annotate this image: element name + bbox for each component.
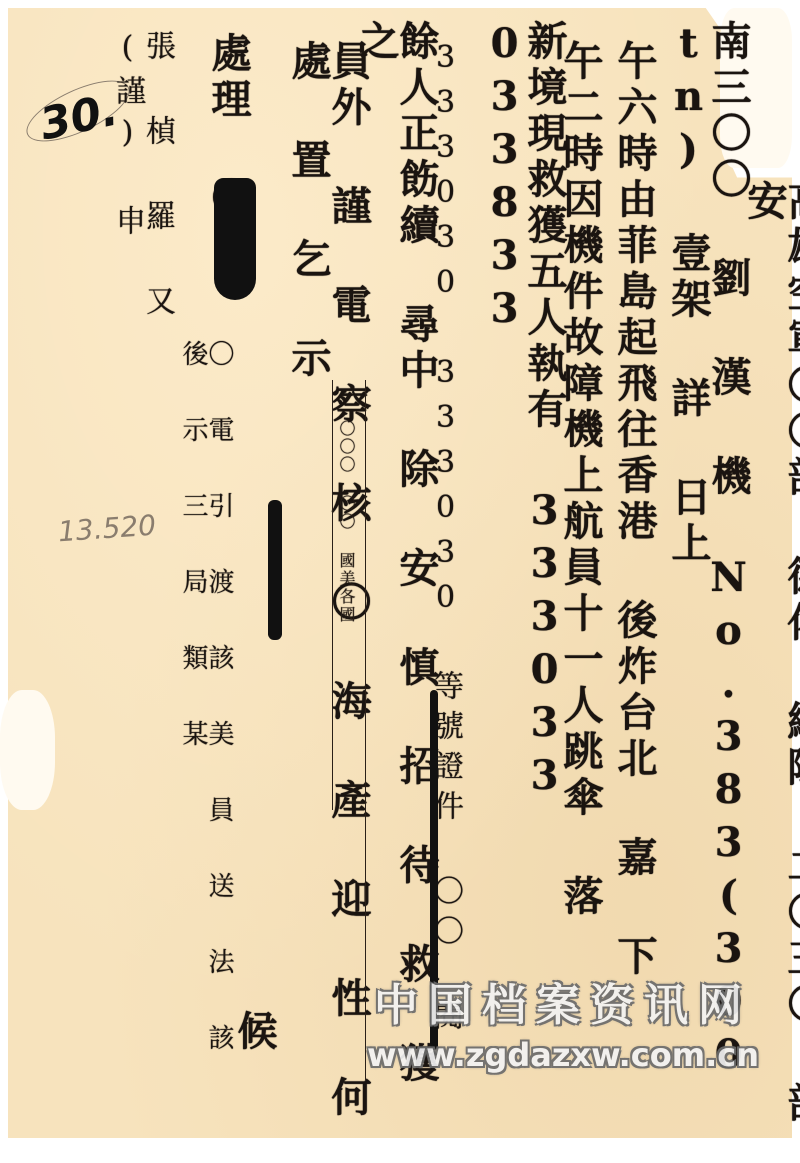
watermark-url: www.zgdazxw.com.cn xyxy=(358,1034,768,1076)
brush-stroke-strike xyxy=(268,500,282,640)
text-column-5: 新境現救獲五人執有 333033 033833 xyxy=(484,20,564,1140)
text-column-2: 南三〇〇 劉 漢 機 No.383(300 tn) 壹架 詳 日上 xyxy=(668,20,748,1140)
brush-stroke-large xyxy=(214,178,256,300)
watermark: 中国档案资讯网 www.zgdazxw.com.cn xyxy=(358,978,768,1076)
interlinear-annotation: 〇〇〇 〇〇 國美各國 xyxy=(338,420,354,740)
annotation-bracket-right xyxy=(365,380,366,1080)
text-column-3: 午六時由菲島起飛往香港 後炸台北 嘉 下 xyxy=(614,40,654,1140)
paper-tear-left xyxy=(0,690,55,810)
text-column-12: 候 xyxy=(234,1010,274,1070)
annotation-bracket xyxy=(332,380,333,810)
text-column-8: 員外 謹 電 察 核 〇 海 產 迎 性 何 處 置 乞 示 xyxy=(288,40,368,1140)
text-column-11: 〇 電 引 渡 該 美 員 送 法 該 後 示 三 局 類 某 xyxy=(180,340,232,1130)
text-column-10: 張 楨 羅 又 (謹) 申 xyxy=(112,30,172,450)
watermark-site-name: 中国档案资讯网 xyxy=(358,978,768,1034)
pencil-catalog-number: 13.520 xyxy=(57,509,157,549)
